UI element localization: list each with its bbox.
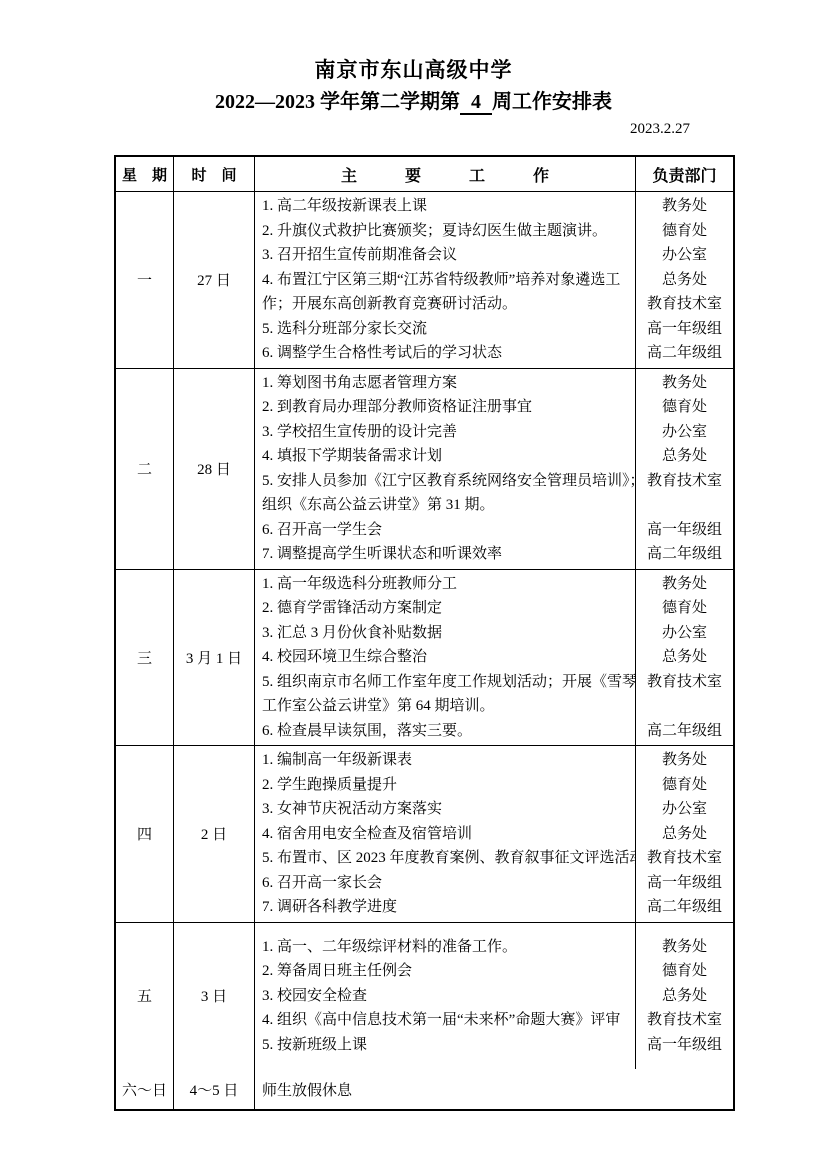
dept-line-item: 总务处	[636, 645, 733, 670]
work-cell: 1. 高一、二年级综评材料的准备工作。2. 筹备周日班主任例会3. 校园安全检查…	[255, 923, 636, 1070]
header-main-work: 主 要 工 作	[255, 157, 636, 191]
dept-line-item: 总务处	[636, 268, 733, 293]
dept-line-item: 教育技术室	[636, 846, 733, 871]
work-line-item: 2. 到教育局办理部分教师资格证注册事宜	[255, 395, 635, 420]
work-line-item: 5. 选科分班部分家长交流	[255, 317, 635, 342]
work-line-item: 组织《东高公益云讲堂》第 31 期。	[255, 493, 635, 518]
dept-line-item: 办公室	[636, 797, 733, 822]
work-line-item: 3. 汇总 3 月份伙食补贴数据	[255, 621, 635, 646]
time-cell: 3 月 1 日	[174, 570, 255, 746]
work-line-item: 工作室公益云讲堂》第 64 期培训。	[255, 694, 635, 719]
subtitle-suffix: 周工作安排表	[492, 91, 612, 113]
dept-line-item: 教育技术室	[636, 670, 733, 695]
work-line-item: 1. 高一年级选科分班教师分工	[255, 572, 635, 597]
time-cell: 28 日	[174, 369, 255, 569]
table-body: 一27 日1. 高二年级按新课表上课2. 升旗仪式救护比赛颁奖；夏诗幻医生做主题…	[116, 192, 733, 1069]
table-row-day-2: 二28 日1. 筹划图书角志愿者管理方案2. 到教育局办理部分教师资格证注册事宜…	[116, 369, 733, 570]
table-row-day-4: 四2 日1. 编制高一年级新课表2. 学生跑操质量提升3. 女神节庆祝活动方案落…	[116, 746, 733, 923]
dept-line-item: 高二年级组	[636, 895, 733, 920]
table-row-day-5: 五3 日1. 高一、二年级综评材料的准备工作。2. 筹备周日班主任例会3. 校园…	[116, 923, 733, 1070]
dept-line-item: 高二年级组	[636, 542, 733, 567]
dept-line-item: 教育技术室	[636, 1008, 733, 1033]
work-line-item: 5. 按新班级上课	[255, 1033, 635, 1058]
work-cell: 1. 筹划图书角志愿者管理方案2. 到教育局办理部分教师资格证注册事宜3. 学校…	[255, 369, 636, 569]
header-department: 负责部门	[636, 157, 733, 191]
document-page: 南京市东山高级中学 2022—2023 学年第二学期第4周工作安排表 2023.…	[0, 0, 827, 1170]
schedule-table: 星 期 时 间 主 要 工 作 负责部门 一27 日1. 高二年级按新课表上课2…	[114, 155, 735, 1111]
dept-line-item: 德育处	[636, 959, 733, 984]
header-time: 时 间	[174, 157, 255, 191]
work-cell: 1. 编制高一年级新课表2. 学生跑操质量提升3. 女神节庆祝活动方案落实4. …	[255, 746, 636, 922]
dept-line-item: 办公室	[636, 621, 733, 646]
work-line-item: 5. 安排人员参加《江宁区教育系统网络安全管理员培训》；	[255, 469, 635, 494]
document-date: 2023.2.27	[0, 120, 827, 139]
dept-line-item: 德育处	[636, 596, 733, 621]
work-line-item: 5. 组织南京市名师工作室年度工作规划活动；开展《雪琴	[255, 670, 635, 695]
work-line-item: 4. 校园环境卫生综合整治	[255, 645, 635, 670]
dept-line-item: 教务处	[636, 748, 733, 773]
dept-line-item: 德育处	[636, 773, 733, 798]
work-line-item: 2. 筹备周日班主任例会	[255, 959, 635, 984]
table-header-row: 星 期 时 间 主 要 工 作 负责部门	[116, 157, 733, 192]
subtitle-prefix: 2022—2023 学年第二学期第	[215, 91, 460, 113]
time-cell: 2 日	[174, 746, 255, 922]
dept-line-item: 教务处	[636, 194, 733, 219]
work-line-item: 3. 召开招生宣传前期准备会议	[255, 243, 635, 268]
dept-cell: 教务处德育处总务处教育技术室高一年级组	[636, 923, 733, 1070]
day-cell: 三	[116, 570, 174, 746]
time-cell: 3 日	[174, 923, 255, 1070]
dept-line-item	[636, 493, 733, 518]
dept-line-item: 教务处	[636, 935, 733, 960]
work-line-item: 1. 高二年级按新课表上课	[255, 194, 635, 219]
work-line-item: 7. 调研各科教学进度	[255, 895, 635, 920]
work-line-item: 5. 布置市、区 2023 年度教育案例、教育叙事征文评选活动。	[255, 846, 635, 871]
dept-cell: 教务处德育处办公室总务处教育技术室高一年级组高二年级组	[636, 369, 733, 569]
work-line-item: 4. 宿舍用电安全检查及宿管培训	[255, 822, 635, 847]
work-line-item: 7. 调整提高学生听课状态和听课效率	[255, 542, 635, 567]
table-row-day-3: 三3 月 1 日1. 高一年级选科分班教师分工2. 德育学雷锋活动方案制定3. …	[116, 570, 733, 747]
work-line-item: 3. 女神节庆祝活动方案落实	[255, 797, 635, 822]
dept-line-item: 总务处	[636, 444, 733, 469]
dept-line-item: 高一年级组	[636, 1033, 733, 1058]
dept-line-item: 德育处	[636, 395, 733, 420]
work-line-item: 6. 召开高一家长会	[255, 871, 635, 896]
dept-line-item: 总务处	[636, 984, 733, 1009]
dept-line-item: 高一年级组	[636, 871, 733, 896]
work-line-item: 4. 布置江宁区第三期“江苏省特级教师”培养对象遴选工	[255, 268, 635, 293]
table-row-weekend: 六～日 4～5 日 师生放假休息	[116, 1069, 733, 1109]
dept-cell: 教务处德育处办公室总务处教育技术室高二年级组	[636, 570, 733, 746]
table-row-day-1: 一27 日1. 高二年级按新课表上课2. 升旗仪式救护比赛颁奖；夏诗幻医生做主题…	[116, 192, 733, 369]
work-line-item: 4. 填报下学期装备需求计划	[255, 444, 635, 469]
dept-line-item: 教务处	[636, 371, 733, 396]
dept-line-item: 教育技术室	[636, 292, 733, 317]
dept-line-item: 高二年级组	[636, 341, 733, 366]
time-cell: 27 日	[174, 192, 255, 368]
work-line-item: 6. 检查晨早读氛围，落实三要。	[255, 719, 635, 744]
work-line-item: 1. 筹划图书角志愿者管理方案	[255, 371, 635, 396]
weekend-day-cell: 六～日	[116, 1069, 174, 1109]
dept-cell: 教务处德育处办公室总务处教育技术室高一年级组高二年级组	[636, 192, 733, 368]
day-cell: 一	[116, 192, 174, 368]
page-title: 南京市东山高级中学	[0, 0, 827, 84]
dept-line-item: 德育处	[636, 219, 733, 244]
work-line-item: 1. 高一、二年级综评材料的准备工作。	[255, 935, 635, 960]
work-line-item: 2. 德育学雷锋活动方案制定	[255, 596, 635, 621]
dept-line-item: 办公室	[636, 420, 733, 445]
dept-line-item: 教育技术室	[636, 469, 733, 494]
dept-line-item: 教务处	[636, 572, 733, 597]
day-cell: 二	[116, 369, 174, 569]
dept-line-item: 总务处	[636, 822, 733, 847]
dept-line-item: 高一年级组	[636, 518, 733, 543]
dept-line-item	[636, 694, 733, 719]
header-day: 星 期	[116, 157, 174, 191]
day-cell: 四	[116, 746, 174, 922]
work-line-item: 6. 调整学生合格性考试后的学习状态	[255, 341, 635, 366]
dept-line-item: 办公室	[636, 243, 733, 268]
dept-cell: 教务处德育处办公室总务处教育技术室高一年级组高二年级组	[636, 746, 733, 922]
dept-line-item: 高一年级组	[636, 317, 733, 342]
day-cell: 五	[116, 923, 174, 1070]
work-line-item: 3. 学校招生宣传册的设计完善	[255, 420, 635, 445]
work-line-item: 3. 校园安全检查	[255, 984, 635, 1009]
work-cell: 1. 高一年级选科分班教师分工2. 德育学雷锋活动方案制定3. 汇总 3 月份伙…	[255, 570, 636, 746]
weekend-time-cell: 4～5 日	[174, 1069, 255, 1109]
work-cell: 1. 高二年级按新课表上课2. 升旗仪式救护比赛颁奖；夏诗幻医生做主题演讲。3.…	[255, 192, 636, 368]
work-line-item: 6. 召开高一学生会	[255, 518, 635, 543]
work-line-item: 2. 学生跑操质量提升	[255, 773, 635, 798]
work-line-item: 2. 升旗仪式救护比赛颁奖；夏诗幻医生做主题演讲。	[255, 219, 635, 244]
dept-line-item: 高二年级组	[636, 719, 733, 744]
page-subtitle: 2022—2023 学年第二学期第4周工作安排表	[0, 89, 827, 116]
work-line-item: 4. 组织《高中信息技术第一届“未来杯”命题大赛》评审	[255, 1008, 635, 1033]
work-line-item: 作；开展东高创新教育竞赛研讨活动。	[255, 292, 635, 317]
weekend-work-cell: 师生放假休息	[255, 1069, 733, 1109]
work-line-item: 1. 编制高一年级新课表	[255, 748, 635, 773]
week-number: 4	[460, 92, 492, 115]
